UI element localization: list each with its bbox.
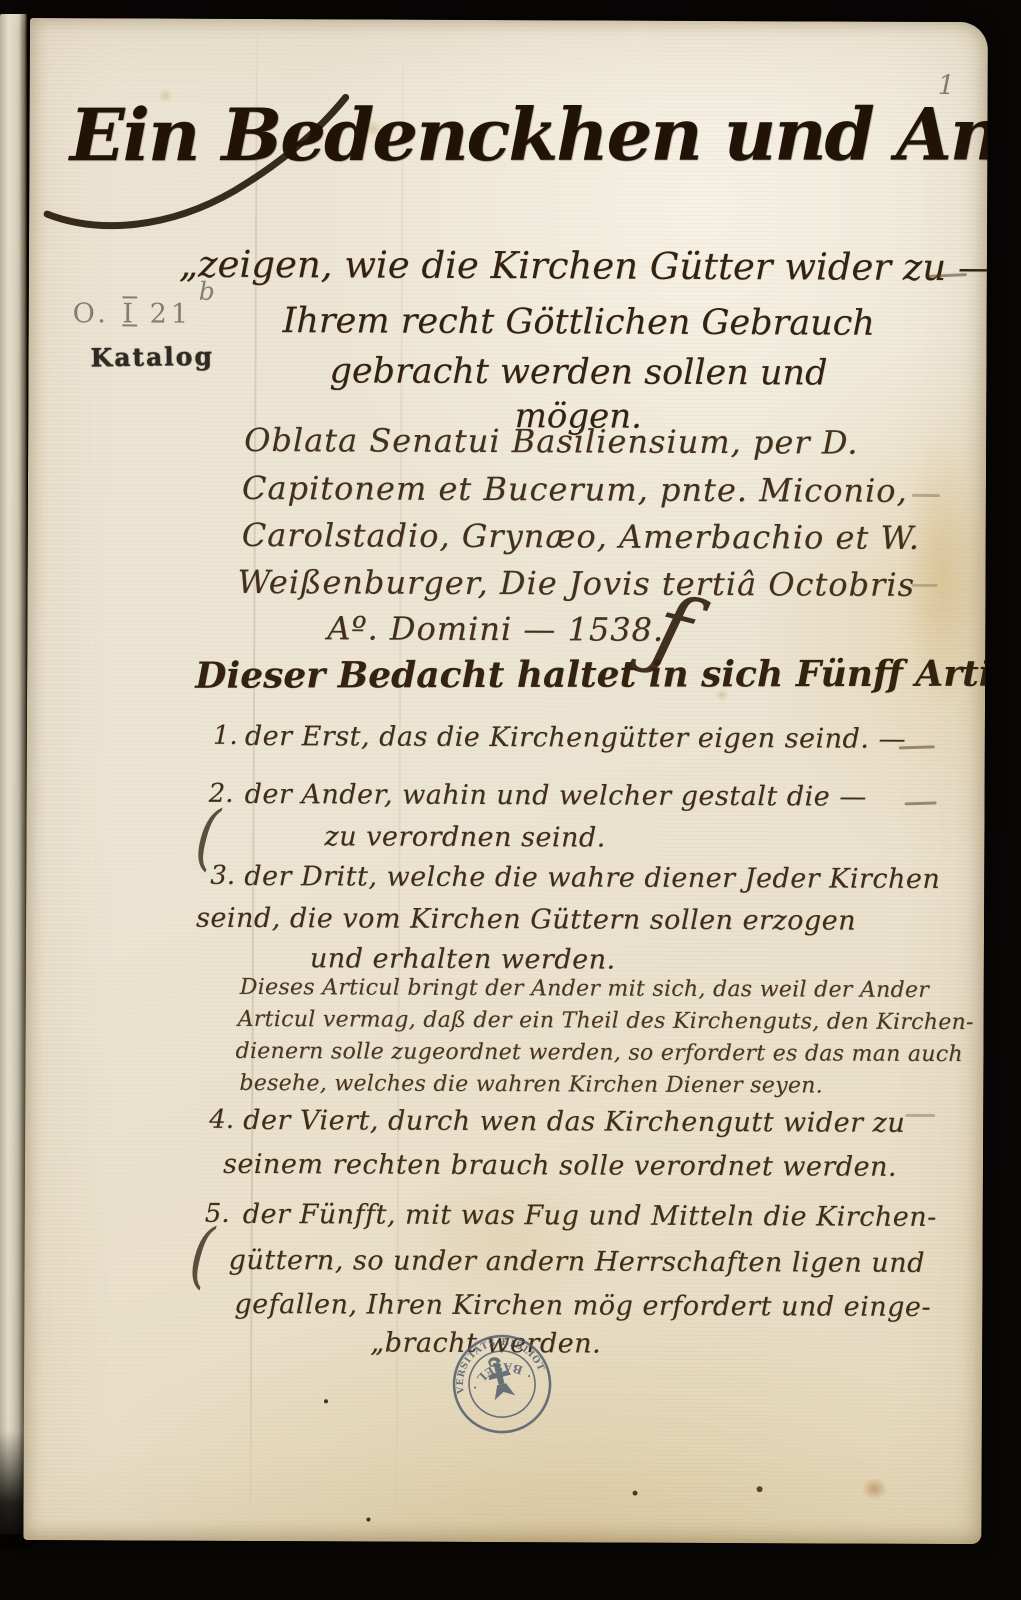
margin-dash (905, 1114, 935, 1117)
article-3-note-line-1: Dieses Articul bringt der Ander mit sich… (240, 975, 929, 1003)
dedication-line-5: Aº. Domini — 1538. (327, 609, 664, 648)
article-3-note-line-3: dienern solle zugeordnet werden, so erfo… (235, 1039, 963, 1067)
article-4-line-1: der Viert, durch wen das Kirchengutt wid… (243, 1105, 905, 1139)
shelfmark-o: O. (73, 298, 110, 329)
article-3-line-3: und erhalten werden. (310, 943, 616, 975)
margin-dash (912, 494, 940, 497)
book-fore-edge (0, 14, 27, 1534)
article-4-number: 4. (209, 1105, 234, 1135)
title-line-3: Ihrem recht Göttlichen Gebrauch (179, 301, 979, 344)
article-3-number: 3. (210, 861, 235, 891)
margin-dash (912, 584, 938, 587)
shelfmark-roman-i: I (122, 298, 137, 329)
article-1-line-1: der Erst, das die Kirchengütter eigen se… (245, 721, 906, 755)
article-5-bracket: ( (186, 1212, 217, 1298)
contents-heading: Dieser Bedacht haltet in sich Fünff Arti… (195, 652, 988, 696)
fox-spot (862, 1478, 888, 1500)
title-line-2: „zeigen, wie die Kirchen Gütter wider zu… (179, 243, 979, 289)
article-3-note-line-4: besehe, welches die wahren Kirchen Diene… (239, 1071, 823, 1099)
article-1-number: 1. (213, 721, 238, 751)
article-3-line-2: seind, die vom Kirchen Güttern sollen er… (196, 903, 856, 937)
title-line-1: Ein Bedenckhen und An„ (70, 91, 975, 177)
article-2-line-1: der Ander, wahin und welcher gestalt die… (245, 779, 867, 813)
article-2-line-2: zu verordnen seind. (324, 821, 605, 853)
dedication-line-4: Weißenburger, Die Jovis tertiâ Octobris (237, 563, 915, 604)
manuscript-page: 1 O. I 21 b Katalog Ein Bedenckhen und A… (23, 18, 988, 1544)
margin-dash (899, 745, 935, 749)
article-3-note-line-2: Articul vermag, daß der ein Theil des Ki… (238, 1007, 974, 1035)
article-5-line-2: güttern, so under andern Herrschaften li… (229, 1245, 925, 1279)
dedication-line-1: Oblata Senatui Basiliensium, per D. (244, 421, 859, 462)
dedication-line-3: Carolstadio, Grynæo, Amerbachio et W. (242, 516, 920, 557)
ink-dot (366, 1517, 370, 1521)
title-line-4: gebracht werden sollen und (178, 351, 978, 394)
article-4-line-2: seinem rechten brauch solle verordnet we… (223, 1149, 897, 1183)
ink-dot (757, 1486, 763, 1492)
article-3-line-1: der Dritt, welche die wahre diener Jeder… (244, 861, 940, 895)
shelfmark: O. I 21 (73, 298, 192, 330)
article-5-line-3: gefallen, Ihren Kirchen mög erfordert un… (234, 1289, 931, 1323)
dedication-line-2: Capitonem et Bucerum, pnte. Miconio, (242, 469, 908, 510)
ink-dot (633, 1491, 638, 1496)
margin-dash (905, 801, 937, 804)
ink-dot (324, 1399, 328, 1403)
article-5-line-1: der Fünfft, mit was Fug und Mitteln die … (243, 1199, 937, 1233)
